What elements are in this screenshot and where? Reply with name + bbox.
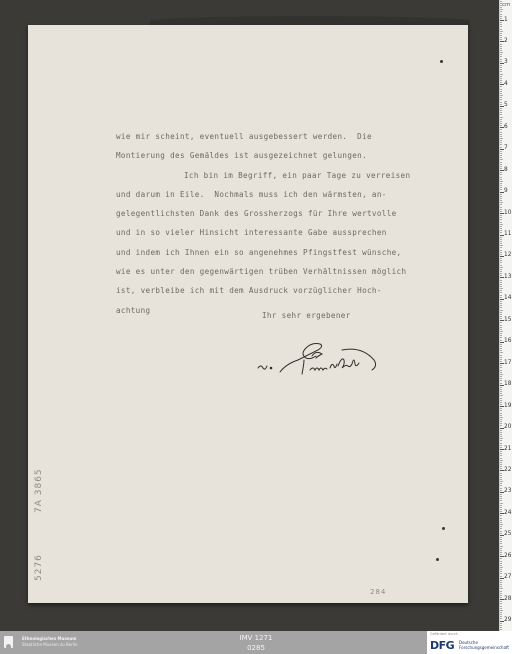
ruler-minor-tick [500, 509, 502, 510]
funder-label: Gefördert durch [430, 632, 458, 636]
ruler-minor-tick [500, 61, 502, 62]
letter-body: wie mir scheint, eventuell ausgebessert … [116, 127, 476, 320]
ruler-minor-tick [500, 483, 502, 484]
ruler-minor-tick [500, 166, 502, 167]
ruler-label: 17 [504, 360, 511, 366]
ruler-minor-tick [500, 567, 503, 568]
ruler-minor-tick [500, 539, 502, 540]
ruler-minor-tick [500, 318, 502, 319]
ruler-minor-tick [500, 119, 502, 120]
ruler-minor-tick [500, 331, 503, 332]
ruler-minor-tick [500, 372, 502, 373]
ruler-minor-tick [500, 421, 502, 422]
ruler-minor-tick [500, 565, 502, 566]
ruler-minor-tick [500, 44, 502, 45]
ruler-minor-tick [500, 550, 502, 551]
ruler-minor-tick [500, 558, 502, 559]
ruler-minor-tick [500, 378, 502, 379]
ruler-minor-tick [500, 440, 502, 441]
ruler-minor-tick [500, 376, 502, 377]
ruler-minor-tick [500, 250, 502, 251]
ruler-minor-tick [500, 612, 502, 613]
ruler-minor-tick [500, 367, 502, 368]
ruler-minor-tick [500, 563, 502, 564]
ruler-minor-tick [500, 54, 502, 55]
ruler-minor-tick [500, 151, 502, 152]
ruler-minor-tick [500, 56, 502, 57]
ruler-minor-tick [500, 380, 502, 381]
ruler-label: 4 [504, 81, 508, 87]
ruler-minor-tick [500, 138, 503, 139]
ruler-minor-tick [500, 352, 503, 353]
ruler-label: 3 [504, 59, 508, 65]
ruler-minor-tick [500, 447, 502, 448]
ruler-minor-tick [500, 207, 502, 208]
ruler-minor-tick [500, 168, 502, 169]
ruler-minor-tick [500, 89, 502, 90]
ruler-minor-tick [500, 258, 502, 259]
ruler-minor-tick [500, 22, 502, 23]
ruler-minor-tick [500, 159, 503, 160]
ruler-minor-tick [500, 284, 502, 285]
ruler-minor-tick [500, 410, 502, 411]
ruler-minor-tick [500, 365, 502, 366]
ruler-minor-tick [500, 140, 502, 141]
ruler-minor-tick [500, 515, 502, 516]
ruler-minor-tick [500, 222, 502, 223]
ruler-minor-tick [500, 241, 502, 242]
ruler-minor-tick [500, 136, 502, 137]
ruler-minor-tick [500, 121, 502, 122]
ruler-minor-tick [500, 528, 502, 529]
ruler-minor-tick [500, 243, 502, 244]
ruler-minor-tick [500, 606, 502, 607]
ruler-minor-tick [500, 507, 502, 508]
ruler-minor-tick [500, 196, 502, 197]
ruler-minor-tick [500, 282, 502, 283]
ruler-minor-tick [500, 423, 502, 424]
ruler-minor-tick [500, 554, 502, 555]
ruler-minor-tick [500, 114, 502, 115]
ruler-minor-tick [500, 533, 502, 534]
ruler-minor-tick [500, 86, 502, 87]
ruler-minor-tick [500, 391, 502, 392]
letter-line: und darum in Eile. Nochmals muss ich den… [116, 185, 476, 204]
ruler-minor-tick [500, 132, 502, 133]
ruler-minor-tick [500, 292, 502, 293]
ruler-minor-tick [500, 625, 502, 626]
ruler-minor-tick [500, 46, 502, 47]
ruler-minor-tick [500, 174, 502, 175]
ruler-minor-tick [500, 346, 502, 347]
ruler-minor-tick [500, 460, 503, 461]
ruler-minor-tick [500, 155, 502, 156]
ruler-minor-tick [500, 301, 502, 302]
signature-icon [254, 338, 404, 380]
ruler-minor-tick [500, 543, 502, 544]
ruler-minor-tick [500, 481, 503, 482]
ruler-minor-tick [500, 211, 502, 212]
ruler-minor-tick [500, 39, 502, 40]
ruler-minor-tick [500, 230, 502, 231]
ruler-minor-tick [500, 162, 502, 163]
ruler-minor-tick [500, 453, 502, 454]
ruler-minor-tick [500, 275, 502, 276]
ruler-minor-tick [500, 591, 502, 592]
dfg-logo-icon: DFG [430, 639, 454, 652]
punch-hole-middle [442, 527, 445, 530]
ruler-minor-tick [500, 458, 502, 459]
ruler-minor-tick [500, 217, 502, 218]
ruler-label: 20 [504, 424, 511, 430]
ruler-minor-tick [500, 209, 502, 210]
ruler-minor-tick [500, 608, 502, 609]
ruler-label: 18 [504, 381, 511, 387]
ruler-minor-tick [500, 443, 502, 444]
ruler-minor-tick [500, 580, 502, 581]
ruler-minor-tick [500, 307, 502, 308]
ruler-minor-tick [500, 204, 502, 205]
ruler-minor-tick [500, 189, 502, 190]
ruler-minor-tick [500, 335, 502, 336]
ruler-minor-tick [500, 490, 502, 491]
punch-hole-bottom [436, 558, 439, 561]
ruler-minor-tick [500, 561, 502, 562]
ruler-minor-tick [500, 112, 502, 113]
letter-line: wie es unter den gegenwärtigen trüben Ve… [116, 262, 476, 281]
ruler-minor-tick [500, 462, 502, 463]
ruler-minor-tick [500, 337, 502, 338]
ruler-minor-tick [500, 14, 502, 15]
ruler-minor-tick [500, 595, 502, 596]
measurement-ruler: cm 1234567891011121314151617181920212223… [499, 0, 512, 631]
ruler-minor-tick [500, 503, 503, 504]
ruler-minor-tick [500, 5, 502, 6]
ruler-minor-tick [500, 573, 502, 574]
ruler-minor-tick [500, 468, 502, 469]
ruler-minor-tick [500, 603, 502, 604]
ruler-label: 24 [504, 510, 511, 516]
ruler-label: 9 [504, 188, 508, 194]
ruler-label: 23 [504, 488, 511, 494]
ruler-minor-tick [500, 144, 502, 145]
ruler-minor-tick [500, 355, 502, 356]
ruler-minor-tick [500, 82, 502, 83]
ruler-minor-tick [500, 588, 503, 589]
ruler-minor-tick [500, 314, 502, 315]
ruler-minor-tick [500, 271, 502, 272]
ruler-minor-tick [500, 475, 502, 476]
ruler-minor-tick [500, 383, 502, 384]
ruler-minor-tick [500, 262, 502, 263]
ruler-minor-tick [500, 466, 502, 467]
ruler-minor-tick [500, 11, 502, 12]
ruler-minor-tick [500, 413, 502, 414]
ruler-minor-tick [500, 18, 502, 19]
letter-line: wie mir scheint, eventuell ausgebessert … [116, 127, 476, 146]
letter-line: gelegentlichsten Dank des Grossherzogs f… [116, 204, 476, 223]
ruler-minor-tick [500, 110, 502, 111]
ruler-minor-tick [500, 571, 502, 572]
ruler-minor-tick [500, 80, 502, 81]
ruler-label: 29 [504, 617, 511, 623]
handwritten-signature [254, 338, 404, 380]
ruler-minor-tick [500, 322, 502, 323]
ruler-minor-tick [500, 200, 502, 201]
ruler-minor-tick [500, 610, 503, 611]
ruler-minor-tick [500, 455, 502, 456]
ruler-minor-tick [500, 252, 502, 253]
letter-line: Montierung des Gemäldes ist ausgezeichne… [116, 146, 476, 165]
ruler-minor-tick [500, 295, 502, 296]
ruler-minor-tick [500, 494, 502, 495]
ruler-minor-tick [500, 485, 502, 486]
ruler-minor-tick [500, 436, 502, 437]
ruler-minor-tick [500, 389, 502, 390]
ruler-minor-tick [500, 496, 502, 497]
ruler-minor-tick [500, 614, 502, 615]
ruler-minor-tick [500, 451, 502, 452]
ruler-minor-tick [500, 1, 502, 2]
ruler-minor-tick [500, 147, 502, 148]
ruler-minor-tick [500, 172, 502, 173]
ruler-minor-tick [500, 198, 502, 199]
ruler-minor-tick [500, 419, 502, 420]
ruler-minor-tick [500, 445, 502, 446]
ruler-minor-tick [500, 582, 502, 583]
ruler-minor-tick [500, 297, 502, 298]
ruler-label: 6 [504, 124, 508, 130]
ruler-minor-tick [500, 9, 503, 10]
ruler-minor-tick [500, 237, 502, 238]
ruler-minor-tick [500, 500, 502, 501]
ruler-minor-tick [500, 623, 502, 624]
letter-line: und indem ich Ihnen ein so angenehmes Pf… [116, 243, 476, 262]
ruler-label: 21 [504, 446, 511, 452]
ruler-minor-tick [500, 185, 502, 186]
ruler-minor-tick [500, 76, 502, 77]
ruler-minor-tick [500, 569, 502, 570]
ruler-minor-tick [500, 325, 502, 326]
ruler-minor-tick [500, 71, 502, 72]
ruler-minor-tick [500, 340, 502, 341]
ruler-minor-tick [500, 254, 502, 255]
ruler-minor-tick [500, 505, 502, 506]
ruler-minor-tick [500, 102, 502, 103]
ruler-minor-tick [500, 65, 502, 66]
ruler-minor-tick [500, 312, 502, 313]
ruler-minor-tick [500, 245, 503, 246]
ruler-minor-tick [500, 153, 502, 154]
ruler-minor-tick [500, 202, 503, 203]
ruler-minor-tick [500, 33, 502, 34]
ruler-minor-tick [500, 280, 502, 281]
ruler-minor-tick [500, 327, 502, 328]
ruler-minor-tick [500, 374, 503, 375]
ruler-minor-tick [500, 627, 502, 628]
ruler-minor-tick [500, 586, 502, 587]
ruler-minor-tick [500, 69, 502, 70]
ruler-minor-tick [500, 91, 502, 92]
ruler-minor-tick [500, 179, 502, 180]
ruler-minor-tick [500, 97, 502, 98]
ruler-minor-tick [500, 520, 502, 521]
ruler-minor-tick [500, 370, 502, 371]
ruler-minor-tick [500, 438, 503, 439]
ruler-minor-tick [500, 265, 502, 266]
letter-line: Ich bin im Begriff, ein paar Tage zu ver… [116, 166, 476, 185]
pencil-catalog-number: 5276 [34, 554, 44, 581]
ruler-minor-tick [500, 305, 502, 306]
ruler-minor-tick [500, 518, 502, 519]
ruler-minor-tick [500, 31, 503, 32]
ruler-minor-tick [500, 123, 502, 124]
letter-line: ist, verbleibe ich mit dem Ausdruck vorz… [116, 281, 476, 300]
ruler-minor-tick [500, 228, 502, 229]
ruler-minor-tick [500, 361, 502, 362]
ruler-minor-tick [500, 3, 502, 4]
ruler-minor-tick [500, 164, 502, 165]
ruler-minor-tick [500, 129, 502, 130]
ruler-minor-tick [500, 398, 502, 399]
funder-name-line2: Forschungsgemeinschaft [459, 645, 509, 650]
ruler-minor-tick [500, 183, 502, 184]
ruler-minor-tick [500, 402, 502, 403]
ruler-minor-tick [500, 473, 502, 474]
ruler-label: 11 [504, 231, 511, 237]
ruler-minor-tick [500, 593, 502, 594]
ruler-label: 14 [504, 295, 511, 301]
pencil-folio-number: 284 [370, 588, 386, 596]
ruler-minor-tick [500, 417, 503, 418]
ruler-minor-tick [500, 108, 502, 109]
ruler-minor-tick [500, 48, 502, 49]
ruler-minor-tick [500, 357, 502, 358]
ruler-minor-tick [500, 187, 502, 188]
ruler-minor-tick [500, 526, 502, 527]
ruler-minor-tick [500, 344, 502, 345]
ruler-minor-tick [500, 329, 502, 330]
ruler-minor-tick [500, 7, 502, 8]
ruler-minor-tick [500, 134, 502, 135]
ruler-minor-tick [500, 425, 502, 426]
ruler-minor-tick [500, 498, 502, 499]
ruler-minor-tick [500, 387, 502, 388]
ruler-minor-tick [500, 247, 502, 248]
ruler-label: 1 [504, 17, 508, 23]
ruler-minor-tick [500, 541, 502, 542]
ruler-minor-tick [500, 269, 502, 270]
ruler-label: 12 [504, 252, 511, 258]
ruler-label: 5 [504, 102, 508, 108]
ruler-label: 25 [504, 531, 511, 537]
ruler-minor-tick [500, 359, 502, 360]
ruler-minor-tick [500, 395, 503, 396]
ruler-minor-tick [500, 479, 502, 480]
ruler-minor-tick [500, 35, 502, 36]
ruler-minor-tick [500, 142, 502, 143]
closing-salutation: Ihr sehr ergebener [262, 311, 351, 320]
ruler-minor-tick [500, 286, 502, 287]
ruler-minor-tick [500, 531, 502, 532]
ruler-minor-tick [500, 52, 503, 53]
ruler-minor-tick [500, 597, 502, 598]
ruler-minor-tick [500, 576, 502, 577]
ruler-minor-tick [500, 310, 503, 311]
ruler-minor-tick [500, 224, 503, 225]
ruler-label: 28 [504, 596, 511, 602]
ruler-minor-tick [500, 477, 502, 478]
ruler-minor-tick [500, 93, 502, 94]
ruler-minor-tick [500, 348, 502, 349]
ruler-minor-tick [500, 125, 502, 126]
ruler-minor-tick [500, 181, 503, 182]
ruler-minor-tick [500, 288, 503, 289]
ruler-minor-tick [500, 434, 502, 435]
ruler-minor-tick [500, 616, 502, 617]
ruler-minor-tick [500, 584, 502, 585]
ruler-label: 2 [504, 38, 508, 44]
ruler-minor-tick [500, 393, 502, 394]
ruler-label: 26 [504, 553, 511, 559]
ruler-minor-tick [500, 232, 502, 233]
funder-logo: Gefördert durch DFG Deutsche Forschungsg… [427, 631, 512, 654]
ruler-minor-tick [500, 333, 502, 334]
ruler-label: 13 [504, 274, 511, 280]
ruler-minor-tick [500, 432, 502, 433]
ruler-minor-tick [500, 546, 503, 547]
ruler-label: 27 [504, 574, 511, 580]
ruler-minor-tick [500, 415, 502, 416]
ruler-minor-tick [500, 400, 502, 401]
ruler-minor-tick [500, 99, 502, 100]
ruler-minor-tick [500, 290, 502, 291]
ruler-minor-tick [500, 522, 502, 523]
ruler-label: 15 [504, 317, 511, 323]
ruler-minor-tick [500, 24, 502, 25]
ruler-minor-tick [500, 350, 502, 351]
ruler-minor-tick [500, 488, 502, 489]
ruler-minor-tick [500, 219, 502, 220]
ruler-label: 10 [504, 210, 511, 216]
ruler-minor-tick [500, 430, 502, 431]
punch-hole-top [440, 60, 443, 63]
ruler-label: 19 [504, 403, 511, 409]
ruler-minor-tick [500, 239, 502, 240]
ruler-minor-tick [500, 226, 502, 227]
ruler-label: 8 [504, 167, 508, 173]
ruler-unit-label: cm [502, 2, 510, 8]
ruler-minor-tick [500, 524, 503, 525]
ruler-minor-tick [500, 74, 503, 75]
letter-line: und in so vieler Hinsicht interessante G… [116, 223, 476, 242]
ruler-minor-tick [500, 260, 502, 261]
ruler-minor-tick [500, 104, 502, 105]
ruler-minor-tick [500, 408, 502, 409]
ruler-minor-tick [500, 29, 502, 30]
ruler-minor-tick [500, 117, 503, 118]
ruler-minor-tick [500, 50, 502, 51]
ruler-minor-tick [500, 548, 502, 549]
ruler-minor-tick [500, 194, 502, 195]
ruler-minor-tick [500, 177, 502, 178]
ruler-minor-tick [500, 552, 502, 553]
ruler-minor-tick [500, 316, 502, 317]
ruler-minor-tick [500, 95, 503, 96]
ruler-label: 7 [504, 145, 508, 151]
ruler-minor-tick [500, 464, 502, 465]
ruler-label: 22 [504, 467, 511, 473]
